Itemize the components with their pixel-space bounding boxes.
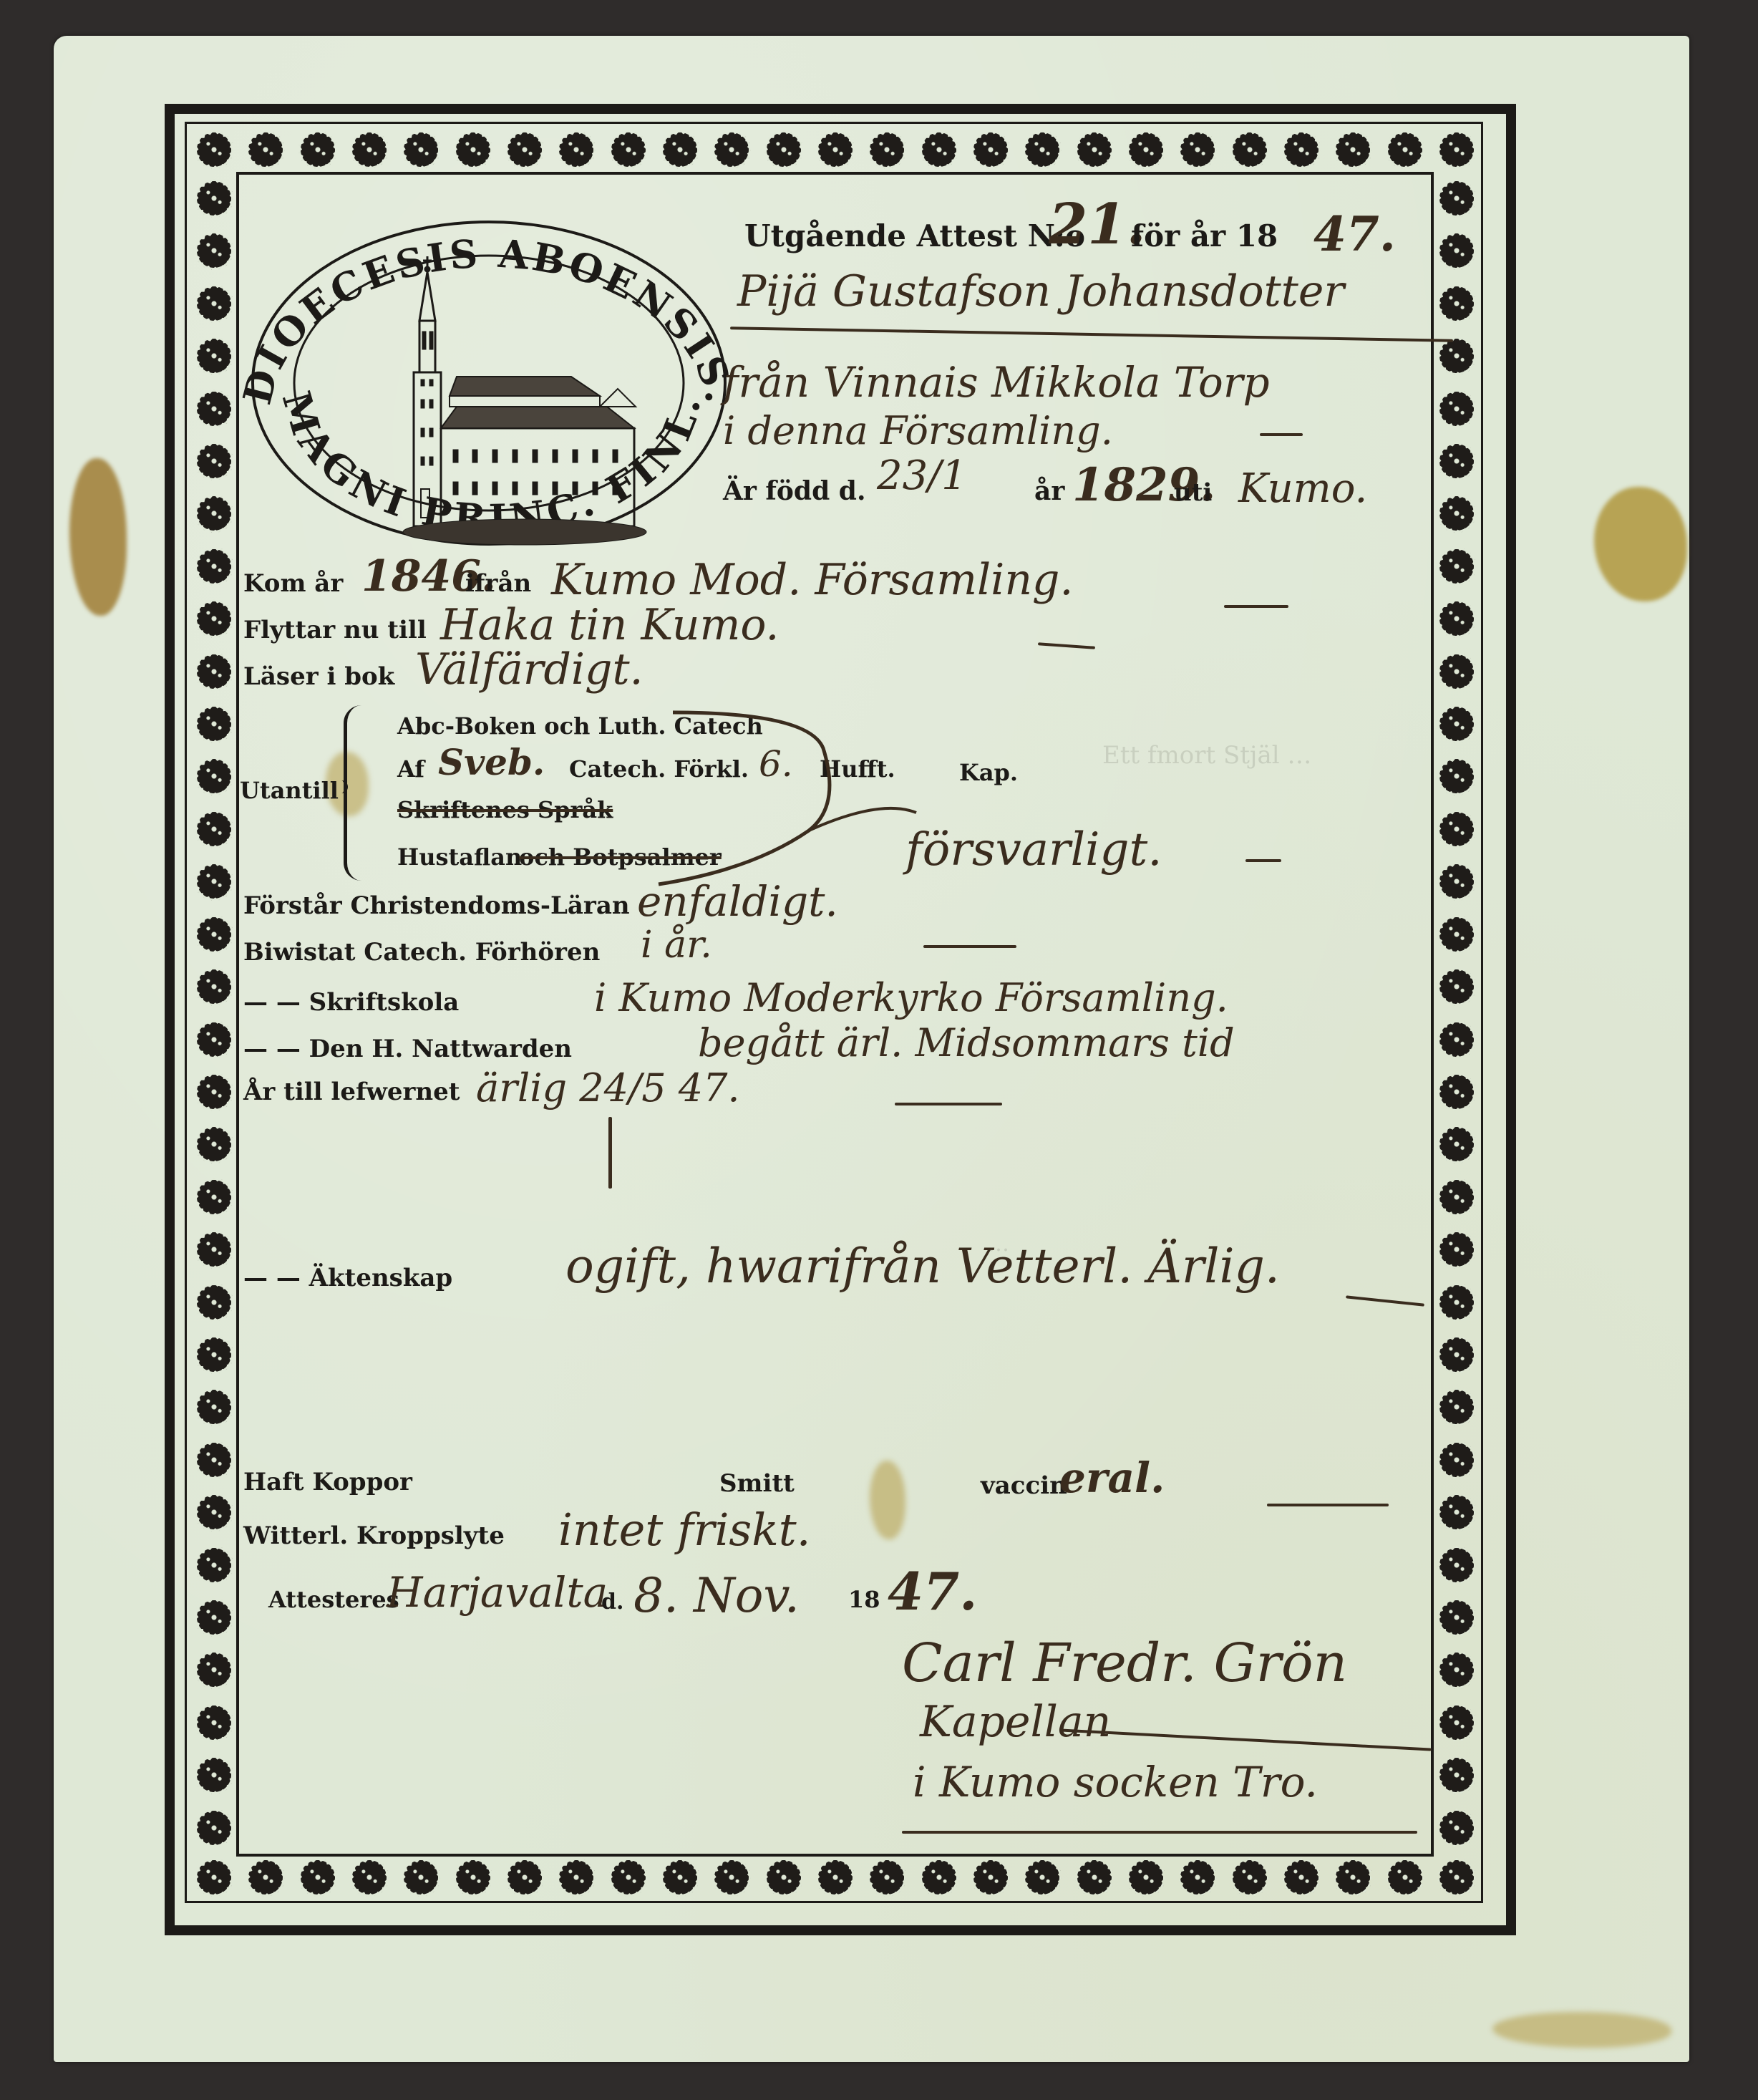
born-place-label: uti (1174, 478, 1212, 507)
diocese-seal: DIOECESIS ABOENSIS. MAGNI PRINC. FINL. (242, 213, 736, 553)
rosette-ornament-icon (1437, 1858, 1476, 1897)
rosette-ornament-icon (195, 1546, 233, 1584)
signature-parish: i Kumo socken Tro. (913, 1758, 1318, 1806)
field-value-skriftskola: i Kumo Moderkyrko Församling. (594, 975, 1228, 1020)
rosette-ornament-icon (868, 130, 906, 169)
rosette-ornament-icon (1437, 494, 1476, 533)
rosette-ornament-icon (1437, 1756, 1476, 1794)
rosette-ornament-icon (195, 1809, 233, 1847)
rosette-border-right (1437, 179, 1476, 1847)
rosette-ornament-icon (1437, 1388, 1476, 1426)
rosette-ornament-icon (195, 1020, 233, 1059)
dash-line (895, 1103, 1002, 1105)
rosette-ornament-icon (1437, 547, 1476, 586)
rosette-ornament-icon (920, 1858, 958, 1897)
dash-line (608, 1117, 612, 1189)
utantill-line-2-hand: Sveb. (438, 741, 545, 783)
rosette-ornament-icon (1437, 810, 1476, 848)
field-value-ifran: Kumo Mod. Församling. (551, 555, 1073, 605)
rosette-ornament-icon (1127, 1858, 1165, 1897)
rosette-ornament-icon (1178, 130, 1217, 169)
rosette-ornament-icon (1437, 284, 1476, 323)
rosette-ornament-icon (764, 1858, 803, 1897)
attest-place: Harjavalta (387, 1568, 608, 1617)
rosette-ornament-icon (195, 337, 233, 375)
rosette-ornament-icon (350, 1858, 389, 1897)
rosette-ornament-icon (505, 1858, 544, 1897)
bleed-through-text: Ett fmort Stjäl … (1102, 741, 1311, 770)
field-label-kom-ar: Kom år (243, 569, 343, 598)
rosette-ornament-icon (1437, 915, 1476, 954)
rosette-ornament-icon (1437, 1020, 1476, 1059)
rosette-ornament-icon (1437, 967, 1476, 1006)
rosette-ornament-icon (195, 179, 233, 218)
person-name: Pijä Gustafson Johansdotter (737, 266, 1344, 316)
rosette-ornament-icon (195, 1858, 233, 1897)
field-value-lefwernet: ärlig 24/5 47. (476, 1065, 740, 1111)
dash-line (1260, 433, 1303, 436)
rosette-ornament-icon (1437, 442, 1476, 480)
rosette-ornament-icon (1282, 130, 1321, 169)
rosette-ornament-icon (1437, 179, 1476, 218)
rosette-ornament-icon (195, 1335, 233, 1374)
rosette-ornament-icon (1437, 1493, 1476, 1532)
utantill-line-3-struck: Skriftenes Språk (397, 796, 613, 823)
rosette-ornament-icon (920, 130, 958, 169)
field-value-aktenskap: ogift, hwarifrån Vetterl. Ärlig. (565, 1239, 1280, 1294)
rosette-ornament-icon (816, 130, 855, 169)
rosette-ornament-icon (195, 1650, 233, 1689)
rosette-ornament-icon (1075, 130, 1114, 169)
utantill-brace (344, 705, 361, 881)
attest-title-label: Utgående Attest N:o (744, 218, 1085, 253)
rosette-ornament-icon (1437, 337, 1476, 375)
field-label-lefwernet: År till lefwernet (243, 1078, 460, 1106)
rosette-ornament-icon (195, 1073, 233, 1111)
church-engraving-icon: DIOECESIS ABOENSIS. MAGNI PRINC. FINL. (242, 213, 736, 553)
attest-year-hand: 47. (888, 1561, 977, 1622)
rosette-ornament-icon (195, 599, 233, 638)
field-label-laser: Läser i bok (243, 662, 394, 691)
vaccin-label: vaccin (981, 1471, 1067, 1500)
rosette-ornament-icon (195, 652, 233, 691)
rosette-ornament-icon (195, 705, 233, 743)
utantill-result: försvarligt. (905, 823, 1162, 876)
rosette-ornament-icon (1127, 130, 1165, 169)
rosette-ornament-icon (1437, 1809, 1476, 1847)
attest-year-print: 18 (848, 1586, 880, 1613)
rosette-ornament-icon (195, 231, 233, 270)
rosette-ornament-icon (195, 389, 233, 428)
rosette-ornament-icon (195, 1441, 233, 1479)
rosette-ornament-icon (1437, 862, 1476, 901)
field-value-nattwarden: begått ärl. Midsommars tid (698, 1020, 1235, 1065)
born-year-label: år (1034, 476, 1064, 506)
rosette-ornament-icon (1437, 1125, 1476, 1163)
rosette-ornament-icon (971, 130, 1010, 169)
kroppslyte-value: intet friskt. (558, 1504, 810, 1556)
born-place: Kumo. (1238, 465, 1367, 512)
rosette-ornament-icon (195, 284, 233, 323)
field-value-biwistat: i år. (641, 924, 712, 967)
stain-right (1594, 487, 1687, 601)
rosette-ornament-icon (402, 130, 440, 169)
rosette-ornament-icon (195, 967, 233, 1006)
rosette-ornament-icon (1437, 1073, 1476, 1111)
rosette-ornament-icon (454, 1858, 492, 1897)
rosette-ornament-icon (1437, 1283, 1476, 1322)
field-label-nattwarden: — — Den H. Nattwarden (243, 1035, 572, 1063)
rosette-ornament-icon (195, 1388, 233, 1426)
rosette-ornament-icon (195, 1598, 233, 1637)
rosette-ornament-icon (402, 1858, 440, 1897)
attest-label: Attesteres (268, 1586, 399, 1613)
rosette-ornament-icon (1437, 1703, 1476, 1742)
rosette-ornament-icon (1437, 389, 1476, 428)
rosette-ornament-icon (1023, 1858, 1062, 1897)
rosette-ornament-icon (1437, 1650, 1476, 1689)
rosette-ornament-icon (712, 130, 751, 169)
rosette-ornament-icon (195, 130, 233, 169)
stain (1492, 2012, 1671, 2048)
field-label-forstar: Förstår Christendoms-Läran (243, 891, 630, 920)
person-parish: i denna Församling. (723, 408, 1113, 453)
signature-title: Kapellan (920, 1697, 1111, 1747)
rosette-ornament-icon (1437, 757, 1476, 795)
rosette-ornament-icon (1230, 1858, 1269, 1897)
rosette-ornament-icon (816, 1858, 855, 1897)
rosette-ornament-icon (557, 130, 596, 169)
rosette-ornament-icon (1437, 652, 1476, 691)
utantill-line-4: Hustaflan (397, 843, 522, 871)
rosette-ornament-icon (195, 1283, 233, 1322)
attest-date-label: d. (601, 1589, 623, 1615)
rosette-ornament-icon (1437, 705, 1476, 743)
rosette-ornament-icon (1437, 1546, 1476, 1584)
bleed-through-text: … (988, 1232, 1009, 1257)
born-label: Är född d. (723, 476, 866, 506)
utantill-line-2-af: Af (397, 755, 424, 783)
field-label-ifran: ifrån (465, 569, 531, 598)
rosette-ornament-icon (1334, 130, 1372, 169)
dash-line (923, 945, 1016, 948)
rosette-ornament-icon (298, 130, 337, 169)
rosette-ornament-icon (1178, 1858, 1217, 1897)
dash-line (1224, 605, 1288, 608)
signature-name: Carl Fredr. Grön (902, 1632, 1347, 1694)
rosette-border-left (195, 179, 233, 1847)
utantill-label: Utantill (240, 777, 339, 804)
rosette-ornament-icon (609, 1858, 648, 1897)
rosette-border-bottom (195, 1858, 1476, 1897)
field-label-flyttar: Flyttar nu till (243, 616, 427, 644)
rosette-ornament-icon (1075, 1858, 1114, 1897)
born-date: 23/1 (877, 453, 967, 499)
rosette-ornament-icon (1230, 130, 1269, 169)
field-value-flyttar: Haka tin Kumo. (440, 600, 780, 650)
kroppslyte-label: Witterl. Kroppslyte (243, 1521, 505, 1550)
field-value-laser: Välfärdigt. (415, 644, 644, 695)
field-label-skriftskola: — — Skriftskola (243, 988, 459, 1017)
rosette-ornament-icon (661, 130, 699, 169)
rosette-ornament-icon (1437, 1441, 1476, 1479)
rosette-ornament-icon (557, 1858, 596, 1897)
rosette-ornament-icon (195, 1178, 233, 1216)
field-label-aktenskap: — — Äktenskap (243, 1264, 452, 1292)
rosette-ornament-icon (195, 547, 233, 586)
handwritten-bracket (644, 705, 931, 891)
rosette-ornament-icon (350, 130, 389, 169)
koppor-label: Haft Koppor (243, 1468, 412, 1496)
rosette-ornament-icon (1437, 130, 1476, 169)
rosette-ornament-icon (195, 1230, 233, 1269)
rosette-ornament-icon (1437, 231, 1476, 270)
rosette-ornament-icon (195, 915, 233, 954)
rosette-ornament-icon (246, 1858, 285, 1897)
rosette-ornament-icon (1386, 130, 1424, 169)
rosette-ornament-icon (195, 810, 233, 848)
flourish-line (902, 1831, 1417, 1834)
rosette-ornament-icon (195, 442, 233, 480)
attest-date: 8. Nov. (633, 1568, 800, 1623)
rosette-ornament-icon (1023, 130, 1062, 169)
attest-year: 47. (1313, 206, 1396, 262)
rosette-ornament-icon (1437, 1598, 1476, 1637)
rosette-ornament-icon (195, 1493, 233, 1532)
person-origin: från Vinnais Mikkola Torp (723, 358, 1270, 407)
field-label-biwistat: Biwistat Catech. Förhören (243, 938, 600, 967)
utantill-line-2-kap: Kap. (959, 759, 1018, 786)
rosette-ornament-icon (195, 1703, 233, 1742)
rosette-ornament-icon (1437, 599, 1476, 638)
vaccin-value: eral. (1059, 1453, 1165, 1502)
rosette-ornament-icon (1334, 1858, 1372, 1897)
rosette-ornament-icon (195, 862, 233, 901)
rosette-ornament-icon (195, 494, 233, 533)
dash-line (1267, 1504, 1389, 1506)
rosette-ornament-icon (712, 1858, 751, 1897)
rosette-ornament-icon (764, 130, 803, 169)
dash-line (1245, 859, 1281, 862)
rosette-ornament-icon (1437, 1335, 1476, 1374)
smitt-label: Smitt (719, 1469, 795, 1498)
rosette-ornament-icon (246, 130, 285, 169)
rosette-ornament-icon (1386, 1858, 1424, 1897)
rosette-ornament-icon (195, 1125, 233, 1163)
field-value-forstar: enfaldigt. (637, 877, 838, 926)
rosette-ornament-icon (971, 1858, 1010, 1897)
rosette-ornament-icon (195, 757, 233, 795)
rosette-ornament-icon (195, 1756, 233, 1794)
rosette-ornament-icon (661, 1858, 699, 1897)
rosette-ornament-icon (1437, 1178, 1476, 1216)
rosette-ornament-icon (454, 130, 492, 169)
year-label: för år 18 (1131, 218, 1278, 253)
rosette-ornament-icon (609, 130, 648, 169)
rosette-ornament-icon (1437, 1230, 1476, 1269)
rosette-border-top (195, 130, 1476, 169)
stain-left (69, 458, 127, 616)
rosette-ornament-icon (298, 1858, 337, 1897)
rosette-ornament-icon (505, 130, 544, 169)
rosette-ornament-icon (868, 1858, 906, 1897)
rosette-ornament-icon (1282, 1858, 1321, 1897)
